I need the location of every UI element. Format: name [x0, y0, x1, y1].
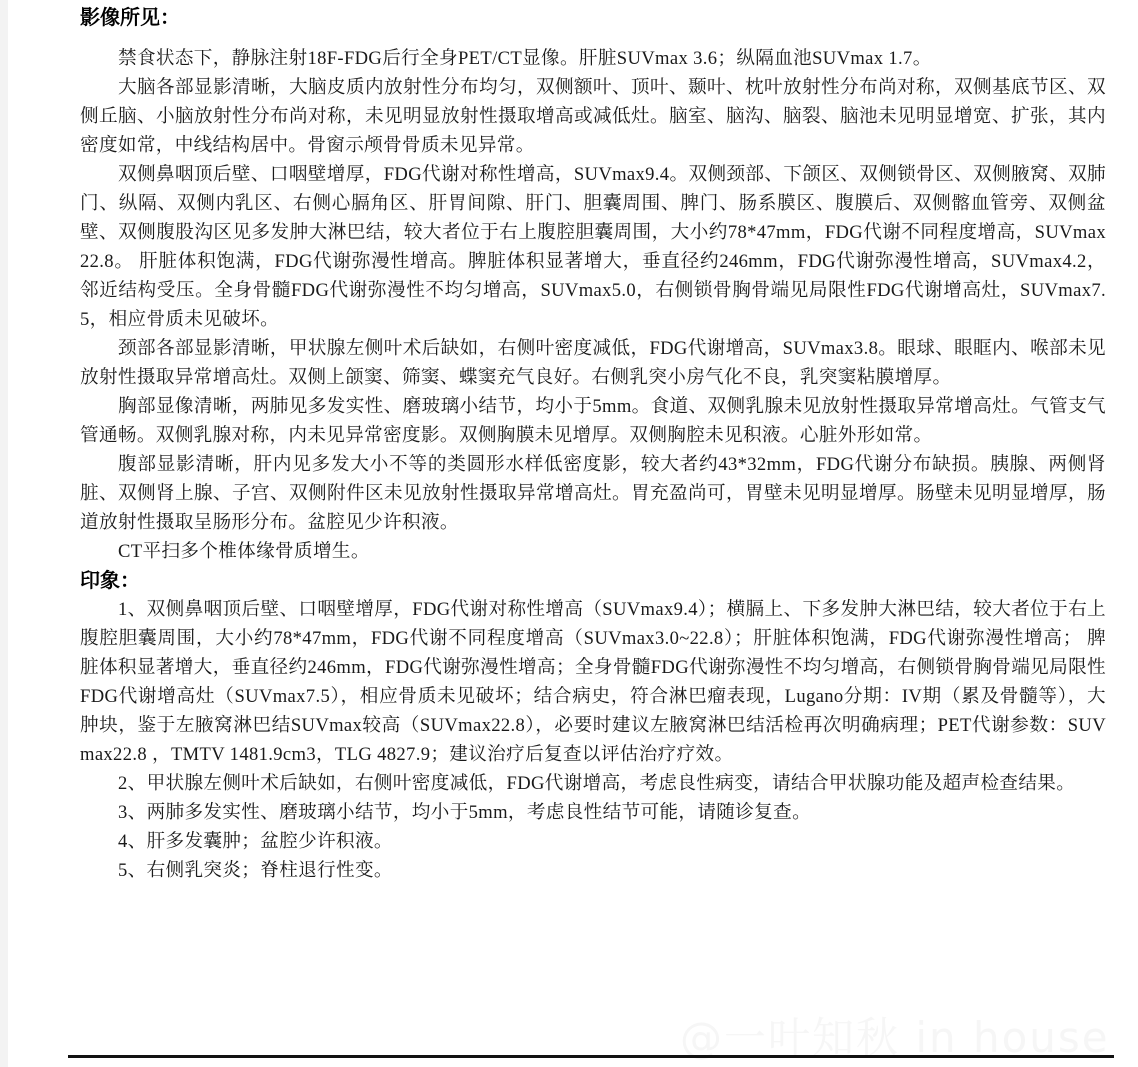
- findings-paragraph-protocol: 禁食状态下，静脉注射18F-FDG后行全身PET/CT显像。肝脏SUVmax 3…: [80, 44, 1106, 73]
- impression-item-4: 4、肝多发囊肿；盆腔少许积液。: [80, 827, 1106, 856]
- impression-item-1: 1、双侧鼻咽顶后壁、口咽壁增厚，FDG代谢对称性增高（SUVmax9.4）；横膈…: [80, 595, 1106, 769]
- impression-item-5: 5、右侧乳突炎；脊柱退行性变。: [80, 856, 1106, 885]
- findings-paragraph-brain: 大脑各部显影清晰，大脑皮质内放射性分布均匀，双侧额叶、顶叶、颞叶、枕叶放射性分布…: [80, 73, 1106, 160]
- findings-paragraph-chest: 胸部显像清晰，两肺见多发实性、磨玻璃小结节，均小于5mm。食道、双侧乳腺未见放射…: [80, 392, 1106, 450]
- impression-item-3: 3、两肺多发实性、磨玻璃小结节，均小于5mm，考虑良性结节可能，请随诊复查。: [80, 798, 1106, 827]
- impression-title: 印象：: [80, 566, 1106, 595]
- findings-section: 禁食状态下，静脉注射18F-FDG后行全身PET/CT显像。肝脏SUVmax 3…: [80, 44, 1106, 566]
- impression-section: 1、双侧鼻咽顶后壁、口咽壁增厚，FDG代谢对称性增高（SUVmax9.4）；横膈…: [80, 595, 1106, 885]
- findings-title: 影像所见：: [80, 3, 1106, 32]
- findings-paragraph-abdomen: 腹部显影清晰，肝内见多发大小不等的类圆形水样低密度影，较大者约43*32mm，F…: [80, 450, 1106, 537]
- impression-item-2: 2、甲状腺左侧叶术后缺如，右侧叶密度减低，FDG代谢增高，考虑良性病变，请结合甲…: [80, 769, 1106, 798]
- findings-paragraph-lymph-nodes: 双侧鼻咽顶后壁、口咽壁增厚，FDG代谢对称性增高，SUVmax9.4。双侧颈部、…: [80, 160, 1106, 334]
- bottom-divider: [68, 1055, 1114, 1058]
- findings-paragraph-neck: 颈部各部显影清晰，甲状腺左侧叶术后缺如，右侧叶密度减低，FDG代谢增高，SUVm…: [80, 334, 1106, 392]
- findings-paragraph-ct-spine: CT平扫多个椎体缘骨质增生。: [80, 537, 1106, 566]
- page-margin-strip: [0, 0, 8, 1067]
- pet-ct-report: 影像所见： 禁食状态下，静脉注射18F-FDG后行全身PET/CT显像。肝脏SU…: [80, 0, 1106, 885]
